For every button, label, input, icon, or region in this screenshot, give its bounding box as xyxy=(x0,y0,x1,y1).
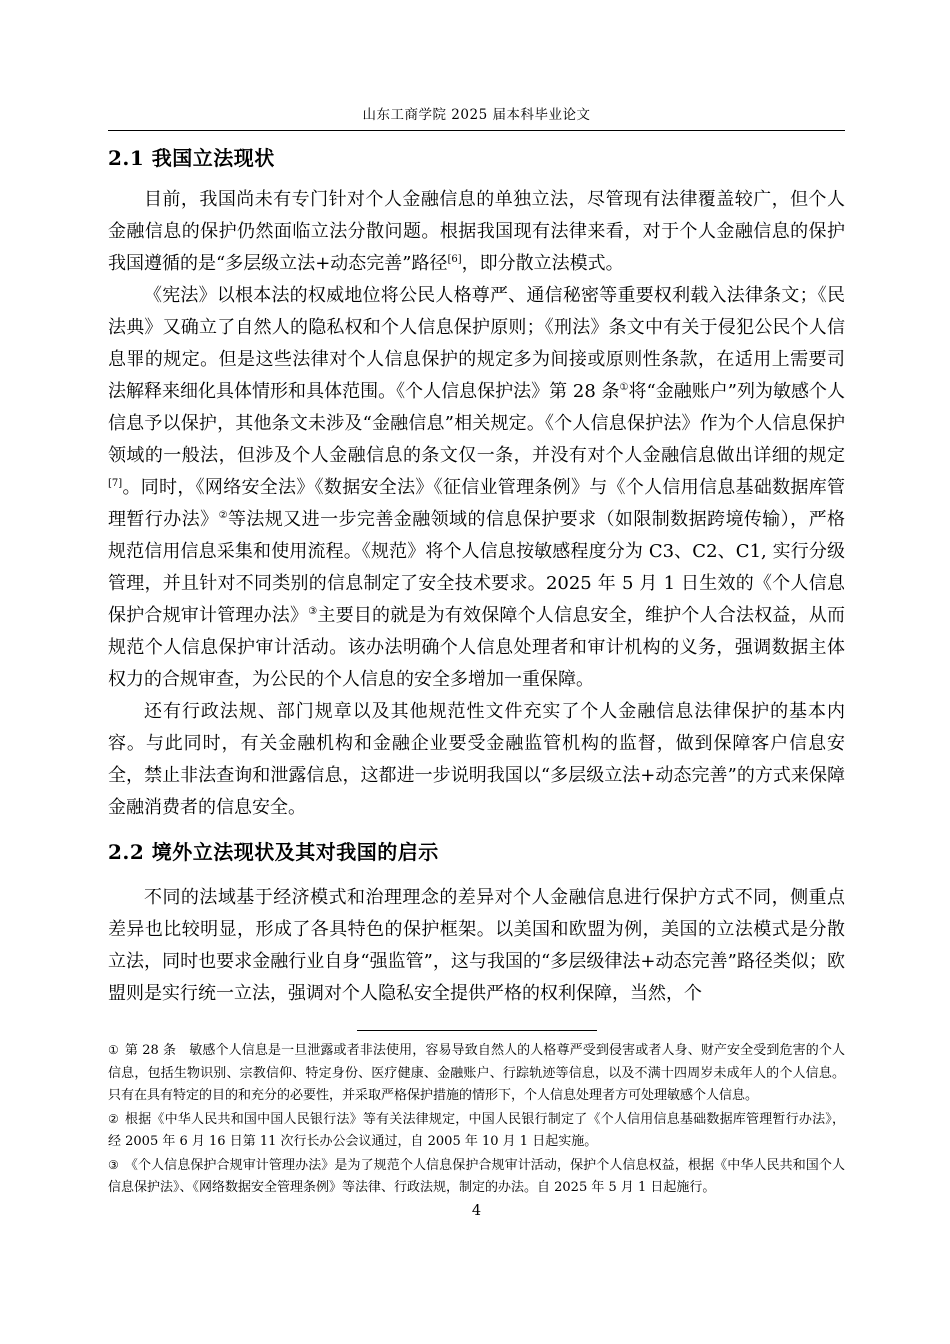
document-page: 山东工商学院 2025 届本科毕业论文 2.1 我国立法现状 目前，我国尚未有专… xyxy=(0,0,950,1344)
citation-ref-6: [6] xyxy=(448,254,462,265)
footnote-marker-2: ② xyxy=(108,1112,125,1126)
section-heading-2-1: 2.1 我国立法现状 xyxy=(108,144,845,172)
section-heading-2-2: 2.2 境外立法现状及其对我国的启示 xyxy=(108,838,845,866)
footnote-marker-1: ① xyxy=(108,1043,125,1057)
footnote-ref-2: ② xyxy=(219,510,228,521)
footnote-marker-3: ③ xyxy=(108,1158,125,1172)
body-paragraph-3: 还有行政法规、部门规章以及其他规范性文件充实了个人金融信息法律保护的基本内容。与… xyxy=(108,696,845,824)
footnote-text-2: 根据《中华人民共和国中国人民银行法》等有关法律规定，中国人民银行制定了《个人信用… xyxy=(108,1112,845,1150)
running-header: 山东工商学院 2025 届本科毕业论文 xyxy=(108,106,845,125)
footnote-separator xyxy=(357,1030,597,1031)
header-rule xyxy=(108,130,845,131)
paragraph-text: ，即分散立法模式。 xyxy=(462,253,624,274)
footnote-text-1: 第 28 条 敏感个人信息是一旦泄露或者非法使用，容易导致自然人的人格尊严受到侵… xyxy=(108,1043,845,1103)
body-paragraph-2: 《宪法》以根本法的权威地位将公民人格尊严、通信秘密等重要权利载入法律条文；《民法… xyxy=(108,280,845,696)
body-paragraph-1: 目前，我国尚未有专门针对个人金融信息的单独立法，尽管现有法律覆盖较广，但个人金融… xyxy=(108,184,845,280)
footnote-1: ①第 28 条 敏感个人信息是一旦泄露或者非法使用，容易导致自然人的人格尊严受到… xyxy=(108,1039,845,1108)
body-paragraph-4: 不同的法域基于经济模式和治理理念的差异对个人金融信息进行保护方式不同，侧重点差异… xyxy=(108,882,845,1010)
footnote-3: ③《个人信息保护合规审计管理办法》是为了规范个人信息保护合规审计活动，保护个人信… xyxy=(108,1154,845,1200)
footnote-ref-3: ③ xyxy=(308,606,317,617)
page-content: 山东工商学院 2025 届本科毕业论文 2.1 我国立法现状 目前，我国尚未有专… xyxy=(108,0,845,1219)
footnote-text-3: 《个人信息保护合规审计管理办法》是为了规范个人信息保护合规审计活动，保护个人信息… xyxy=(108,1158,845,1196)
page-number: 4 xyxy=(108,1203,845,1219)
footnotes-block: ①第 28 条 敏感个人信息是一旦泄露或者非法使用，容易导致自然人的人格尊严受到… xyxy=(108,1039,845,1200)
footnote-2: ②根据《中华人民共和国中国人民银行法》等有关法律规定，中国人民银行制定了《个人信… xyxy=(108,1108,845,1154)
footnote-ref-1: ① xyxy=(620,382,629,393)
citation-ref-7: [7] xyxy=(108,478,122,489)
